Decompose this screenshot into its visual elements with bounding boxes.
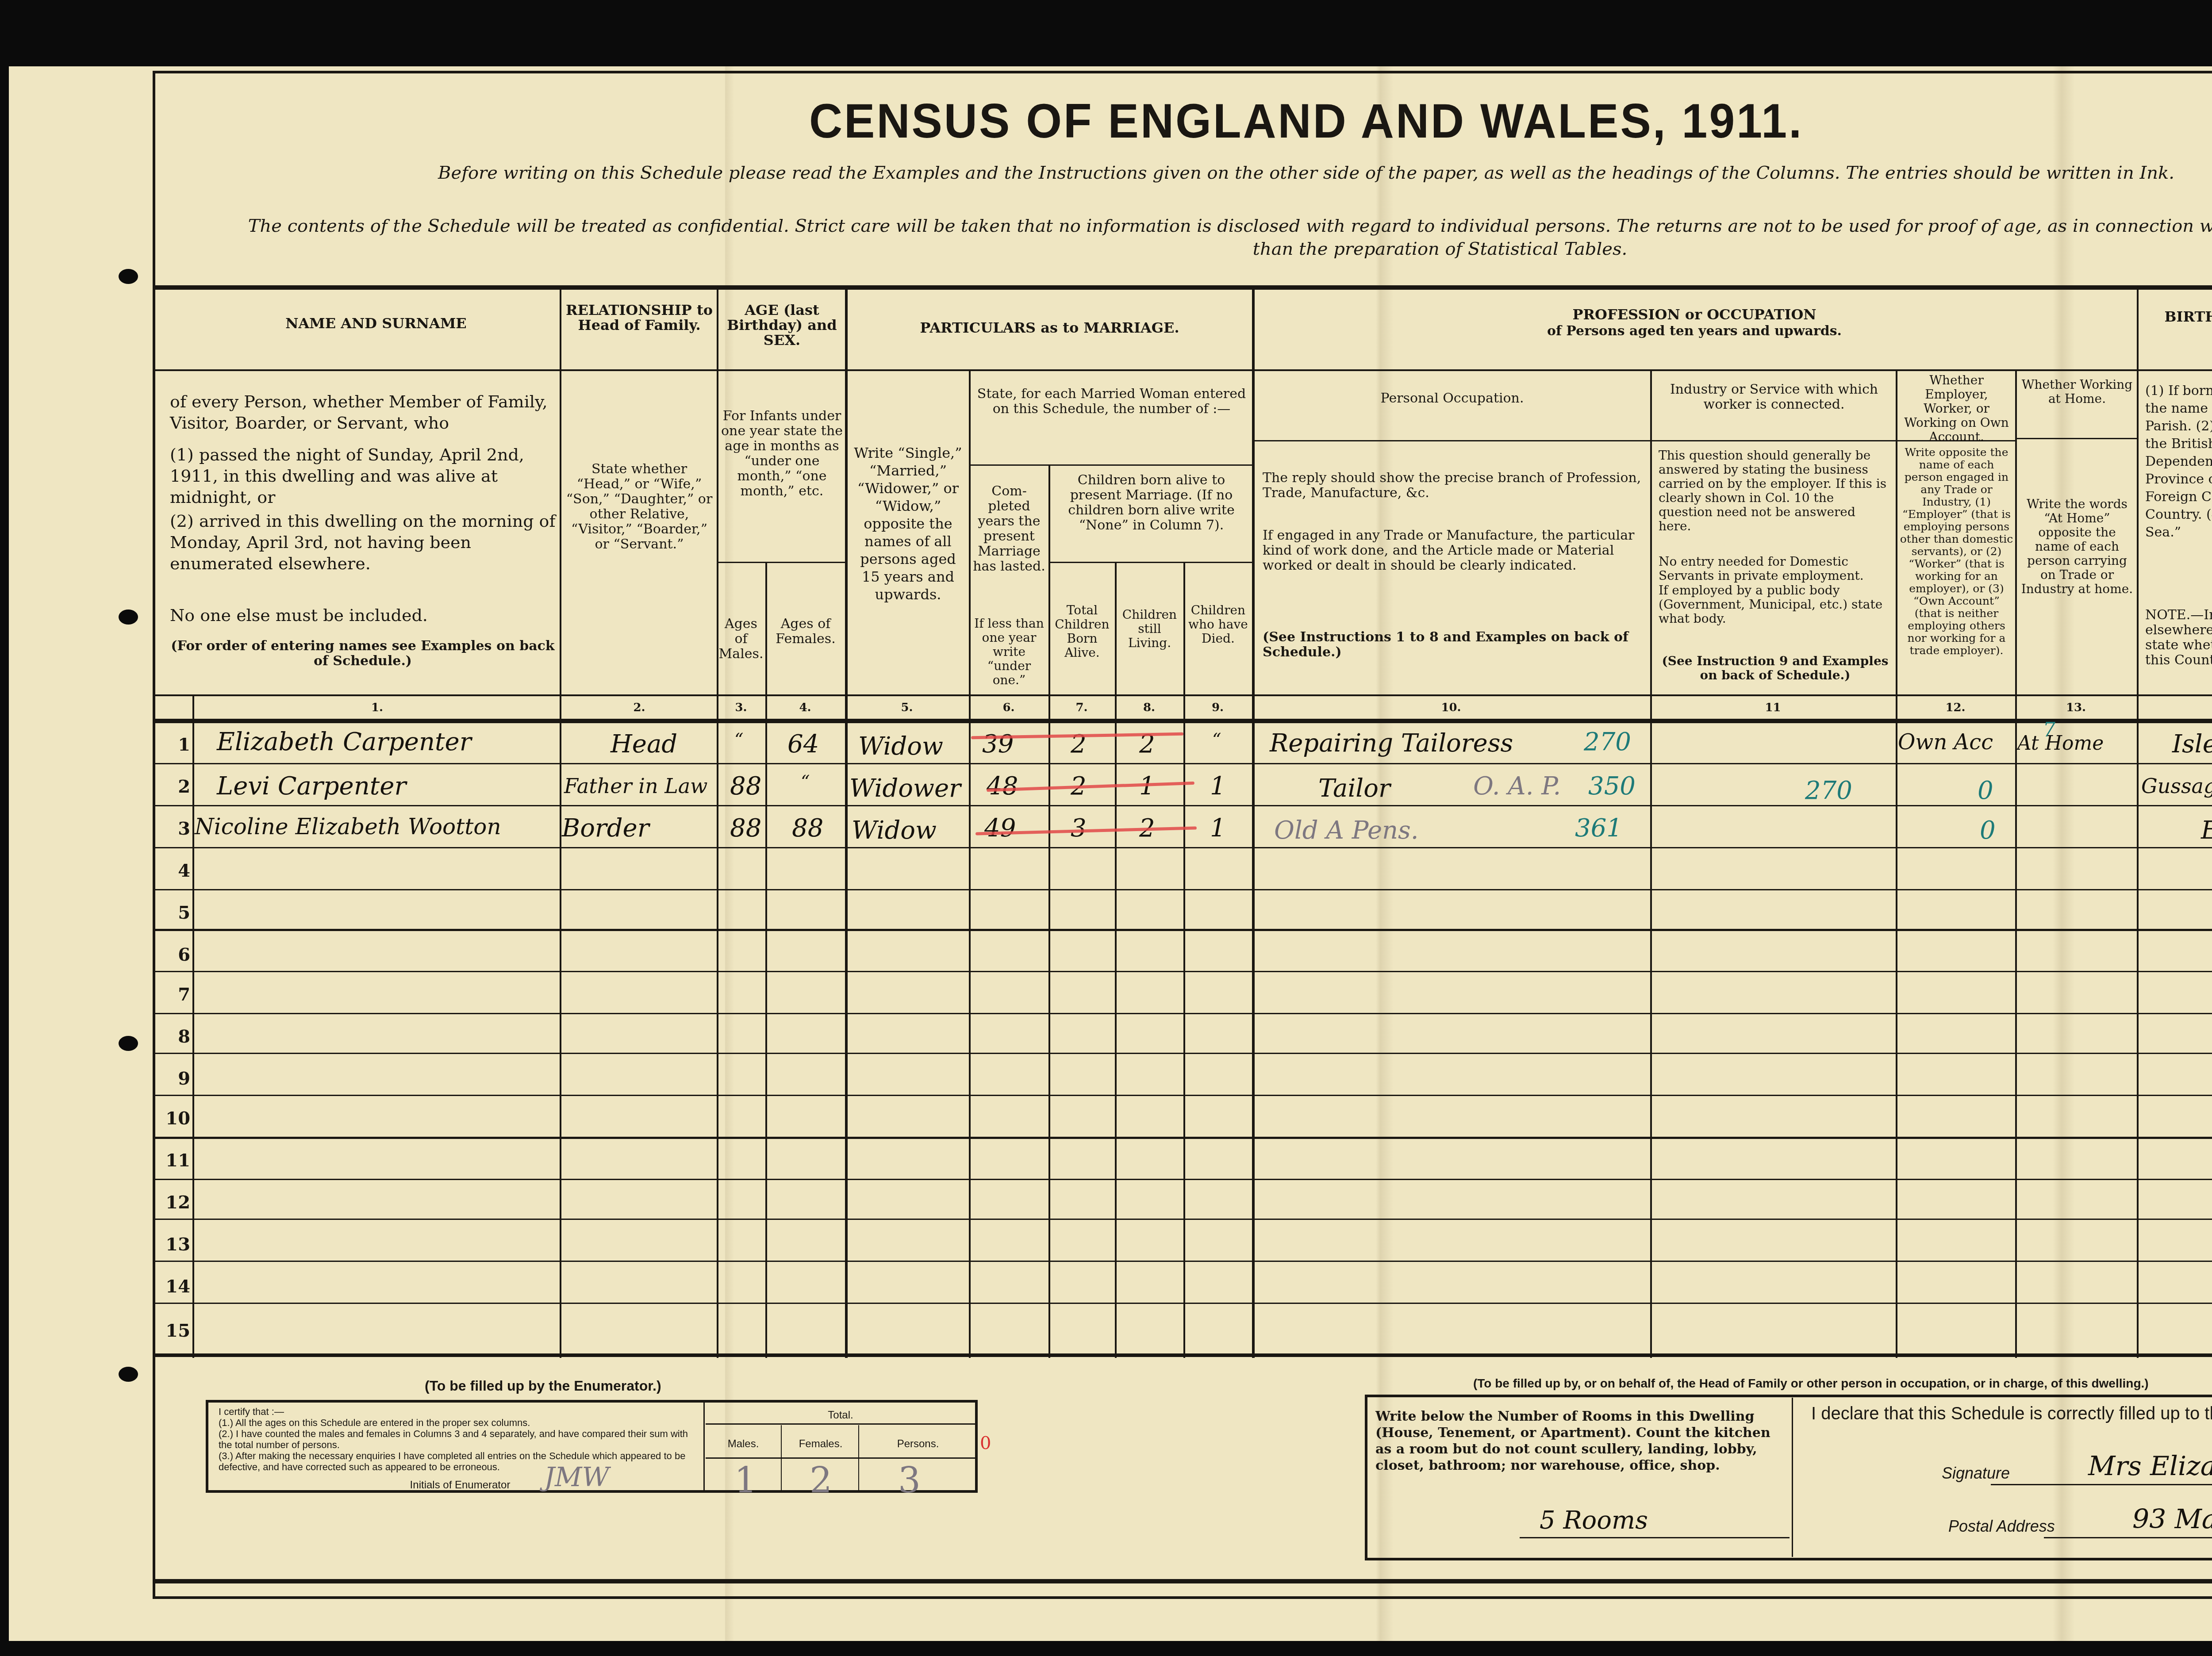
- occupation-code: 361: [1575, 814, 1622, 843]
- col-divider: [1896, 369, 1897, 1358]
- entry-employer-status: Own Acc: [1898, 730, 1993, 755]
- entry-relationship: Father in Law: [564, 774, 707, 798]
- row-rule: [153, 1053, 2212, 1054]
- heading-personal-occupation: Personal Occupation.: [1256, 389, 1648, 408]
- heading-birthplace: BIRTHPLACE of every person.: [2139, 307, 2212, 326]
- row-number: 11: [159, 1150, 190, 1171]
- name-instruction-2: (2) arrived in this dwelling on the morn…: [168, 509, 557, 576]
- entry-age-male: “: [734, 730, 743, 750]
- age-instructions: For Infants under one year state the age…: [719, 407, 845, 501]
- address-line: [2044, 1537, 2212, 1538]
- heading-employer: Whether Employer, Worker, or Working on …: [1898, 372, 2015, 446]
- children-subrule: [1048, 562, 1252, 563]
- home-instructions: Write the words “At Home” opposite the n…: [2017, 495, 2137, 598]
- row-rule: [153, 1303, 2212, 1304]
- row-rule: [153, 1095, 2212, 1096]
- col-number-1: 1.: [195, 701, 560, 714]
- heading-home: Whether Working at Home.: [2017, 376, 2137, 408]
- col-number-13: 13.: [2015, 701, 2137, 714]
- row-rule: [153, 763, 2212, 764]
- declaration: I declare that this Schedule is correctl…: [1809, 1404, 2212, 1423]
- entry-condition: Widow: [858, 732, 943, 761]
- heading-ages-females: Ages of Females.: [766, 615, 845, 648]
- heading-industry: Industry or Service with which worker is…: [1652, 380, 1896, 414]
- industry-code: 270: [1805, 776, 1852, 805]
- table-bottom-rule: [153, 1353, 2212, 1357]
- entry-birthplace: Edinburgh: [2201, 816, 2212, 845]
- initials-label: Initials of Enumerator: [380, 1476, 540, 1494]
- entry-condition: Widow: [852, 816, 937, 845]
- entry-name: Elizabeth Carpenter: [217, 728, 471, 756]
- row-number: 10: [159, 1108, 190, 1129]
- heading-age: AGE (last Birthday) and SEX.: [719, 301, 845, 349]
- col-number-3: 3.: [717, 701, 765, 714]
- row-number: 14: [159, 1276, 190, 1297]
- row-number: 15: [159, 1320, 190, 1341]
- heading-name: NAME AND SURNAME: [195, 314, 557, 333]
- industry-instr-4: (See Instruction 9 and Examples on back …: [1657, 652, 1893, 684]
- entry-children-total: 3: [1071, 814, 1087, 843]
- instruction-line: Before writing on this Schedule please r…: [153, 163, 2212, 183]
- row-number: 7: [159, 984, 190, 1005]
- heading-occupation: PROFESSION or OCCUPATION: [1254, 305, 2135, 324]
- occupation-pencil-note: O. A. P.: [1473, 772, 1561, 801]
- entry-condition: Widower: [849, 774, 961, 803]
- form-bottom-rule: [153, 1579, 2212, 1583]
- row-number: 6: [159, 944, 190, 965]
- personal-occupation-instr-1: The reply should show the precise branch…: [1261, 469, 1646, 502]
- occupation-subheading: of Persons aged ten years and upwards.: [1254, 322, 2135, 341]
- industry-instr-1: This question should generally be answer…: [1657, 447, 1893, 535]
- entry-birthplace: Gussage All Saints, Dorset: [2141, 774, 2212, 798]
- row-rule: [153, 1013, 2212, 1014]
- rooms-line: [1520, 1537, 1790, 1538]
- col-number-12: 12.: [1896, 701, 2015, 714]
- punch-hole: [119, 1036, 138, 1051]
- certify-item-2: (2.) I have counted the males and female…: [219, 1428, 697, 1450]
- home-code: 7: [2043, 719, 2055, 741]
- personal-occupation-instr-3: (See Instructions 1 to 8 and Examples on…: [1261, 628, 1646, 662]
- col-number-7: 7.: [1048, 701, 1115, 714]
- signature-line: [1991, 1484, 2212, 1485]
- entry-children-died: “: [1212, 730, 1221, 750]
- enumerator-initials: JMW: [544, 1462, 609, 1493]
- married-woman-instructions: State, for each Married Woman entered on…: [971, 385, 1252, 418]
- entry-name: Nicoline Elizabeth Wootton: [195, 814, 501, 839]
- entry-relationship: Border: [562, 814, 649, 843]
- entry-relationship: Head: [611, 730, 677, 759]
- occupation-code: 270: [1584, 728, 1631, 756]
- personal-occupation-instr-2: If engaged in any Trade or Manufacture, …: [1261, 526, 1646, 575]
- row-number: 1: [159, 734, 190, 755]
- postal-address-label: Postal Address: [1947, 1517, 2057, 1536]
- entry-at-home: At Home: [2017, 732, 2104, 755]
- entry-years-married: 39: [982, 730, 1014, 759]
- entry-age-female: 64: [787, 730, 819, 759]
- postal-address: 93 Mansfield Road: [2132, 1504, 2212, 1535]
- name-instructions-intro: of every Person, whether Member of Famil…: [168, 389, 557, 435]
- entry-occupation: Old A Pens.: [1274, 816, 1419, 845]
- col-number-8: 8.: [1115, 701, 1183, 714]
- header-rule: [153, 369, 2212, 371]
- heading-ages-males: Ages of Males.: [717, 615, 765, 663]
- table-top-rule: [153, 285, 2212, 290]
- col-divider: [1252, 290, 1255, 1358]
- row-rule: [153, 1179, 2212, 1180]
- col-number-11: 11: [1650, 701, 1896, 714]
- colnum-rule: [153, 719, 2212, 723]
- relationship-instructions: State whether “Head,” or “Wife,” “Son,” …: [562, 460, 717, 554]
- col-number-5: 5.: [845, 701, 969, 714]
- row-rule: [153, 1219, 2212, 1220]
- col-divider: [2015, 369, 2017, 1358]
- row-number: 5: [159, 902, 190, 923]
- col-number-4: 4.: [765, 701, 845, 714]
- children-instructions: Children born alive to present Marriage.…: [1051, 471, 1252, 535]
- entry-age-male: 88: [730, 772, 761, 801]
- age-subrule: [717, 562, 845, 563]
- row-rule: [153, 971, 2212, 972]
- row-number: 12: [159, 1192, 190, 1213]
- enumerator-heading: (To be filled up by the Enumerator.): [425, 1378, 661, 1394]
- home-subrule: [2015, 438, 2137, 439]
- confidential-line: The contents of the Schedule will be tre…: [168, 216, 2212, 236]
- certify-item-3: (3.) After making the necessary enquirie…: [219, 1450, 697, 1472]
- row-number: 3: [159, 818, 190, 839]
- signature-label: Signature: [1940, 1464, 2028, 1483]
- marriage-condition-instructions: Write “Single,” “Married,” “Widower,” or…: [847, 442, 969, 605]
- col-divider: [1115, 562, 1117, 1358]
- subheader-rule: [153, 694, 2212, 696]
- red-mark: 0: [980, 1433, 991, 1453]
- col-divider: [1183, 562, 1185, 1358]
- total-rule: [706, 1423, 975, 1425]
- employer-code: 0: [1978, 776, 1993, 805]
- col-divider: [703, 1402, 705, 1491]
- entry-age-female: “: [801, 772, 810, 792]
- entry-name: Levi Carpenter: [217, 772, 406, 801]
- row-rule: [153, 1137, 2212, 1139]
- col-number-6: 6.: [969, 701, 1048, 714]
- row-rule: [153, 889, 2212, 890]
- employer-code: 0: [1980, 816, 1996, 845]
- entry-occupation: Tailor: [1318, 774, 1390, 803]
- name-instruction-1: (1) passed the night of Sunday, April 2n…: [168, 442, 557, 510]
- col-number-9: 9.: [1183, 701, 1252, 714]
- entry-children-died: 1: [1210, 814, 1226, 843]
- heading-relationship: RELATIONSHIP to Head of Family.: [562, 301, 717, 334]
- rooms-instruction: Write below the Number of Rooms in this …: [1374, 1407, 1785, 1476]
- totals-rule: [706, 1457, 975, 1459]
- row-rule: [153, 847, 2212, 848]
- row-number: 2: [159, 776, 190, 797]
- col-number-10: 10.: [1252, 701, 1650, 714]
- row-number: 13: [159, 1234, 190, 1255]
- row-rule: [153, 1261, 2212, 1262]
- certify-item-1: (1.) All the ages on this Schedule are e…: [219, 1417, 697, 1428]
- heading-marriage: PARTICULARS as to MARRIAGE.: [847, 318, 1252, 337]
- col-divider: [1048, 464, 1050, 1358]
- total-label: Total.: [706, 1407, 975, 1424]
- entry-occupation: Repairing Tailoress: [1270, 729, 1513, 758]
- marriage-subrule: [969, 464, 1252, 466]
- row-rule: [153, 929, 2212, 931]
- years-married-note: If less than one year write “under one.”: [970, 615, 1048, 689]
- heading-children-living: Children still Living.: [1116, 606, 1183, 652]
- col-divider: [1650, 369, 1652, 1358]
- occupation-code: 350: [1588, 772, 1636, 801]
- col-number-14: 14.: [2137, 701, 2212, 714]
- females-label: Females.: [783, 1435, 858, 1453]
- signature: Mrs Elizabeth Carpenter: [2088, 1451, 2212, 1482]
- heading-total-children: Total Children Born Alive.: [1049, 602, 1115, 662]
- col-divider: [560, 290, 561, 1358]
- birthplace-note: NOTE.—In the case of persons born elsewh…: [2143, 606, 2212, 670]
- col-divider: [1792, 1398, 1793, 1557]
- total-males: 1: [734, 1460, 757, 1501]
- employer-instructions: Write opposite the name of each person e…: [1898, 445, 2015, 659]
- punch-hole: [119, 1367, 138, 1382]
- enumerator-certify: I certify that :— (1.) All the ages on t…: [217, 1404, 699, 1474]
- punch-hole: [119, 609, 138, 625]
- name-instruction-4: (For order of entering names see Example…: [168, 637, 557, 671]
- industry-instr-2: No entry needed for Domestic Servants in…: [1657, 553, 1893, 585]
- entry-years-married: 49: [984, 814, 1016, 843]
- entry-age-female: 88: [792, 814, 823, 843]
- head-section-heading: (To be filled up by, or on behalf of, th…: [1473, 1376, 2149, 1391]
- col-divider: [2137, 290, 2139, 1358]
- heading-years-married: Com-pleted years the present Marriage ha…: [970, 482, 1048, 576]
- row-number: 8: [159, 1026, 190, 1047]
- birthplace-instructions: (1) If born in the United Kingdom, write…: [2143, 380, 2212, 543]
- col-divider: [717, 290, 718, 1358]
- males-label: Males.: [706, 1435, 781, 1453]
- page-title: CENSUS OF ENGLAND AND WALES, 1911.: [153, 94, 2212, 149]
- name-instruction-3: No one else must be included.: [168, 606, 557, 625]
- heading-children-died: Children who have Died.: [1184, 602, 1252, 648]
- col-number-2: 2.: [562, 701, 717, 714]
- total-persons: 3: [898, 1460, 921, 1501]
- total-females: 2: [810, 1460, 832, 1501]
- persons-label: Persons.: [860, 1435, 975, 1453]
- row-number: 4: [159, 860, 190, 881]
- certify-heading: I certify that :—: [219, 1406, 697, 1417]
- confidential-line-2: than the preparation of Statistical Tabl…: [168, 239, 2212, 259]
- industry-instr-3: If employed by a public body (Government…: [1657, 582, 1893, 628]
- entry-years-married: 48: [987, 772, 1018, 801]
- entry-birthplace: Isle of Purbeck: [2172, 730, 2212, 759]
- col-divider: [765, 562, 767, 1358]
- entry-age-male: 88: [730, 814, 761, 843]
- row-number: 9: [159, 1068, 190, 1089]
- rooms-value: 5 Rooms: [1540, 1506, 1648, 1535]
- entry-children-died: 1: [1210, 772, 1226, 801]
- col-divider: [192, 694, 194, 1358]
- punch-hole: [119, 269, 138, 284]
- row-rule: [153, 805, 2212, 806]
